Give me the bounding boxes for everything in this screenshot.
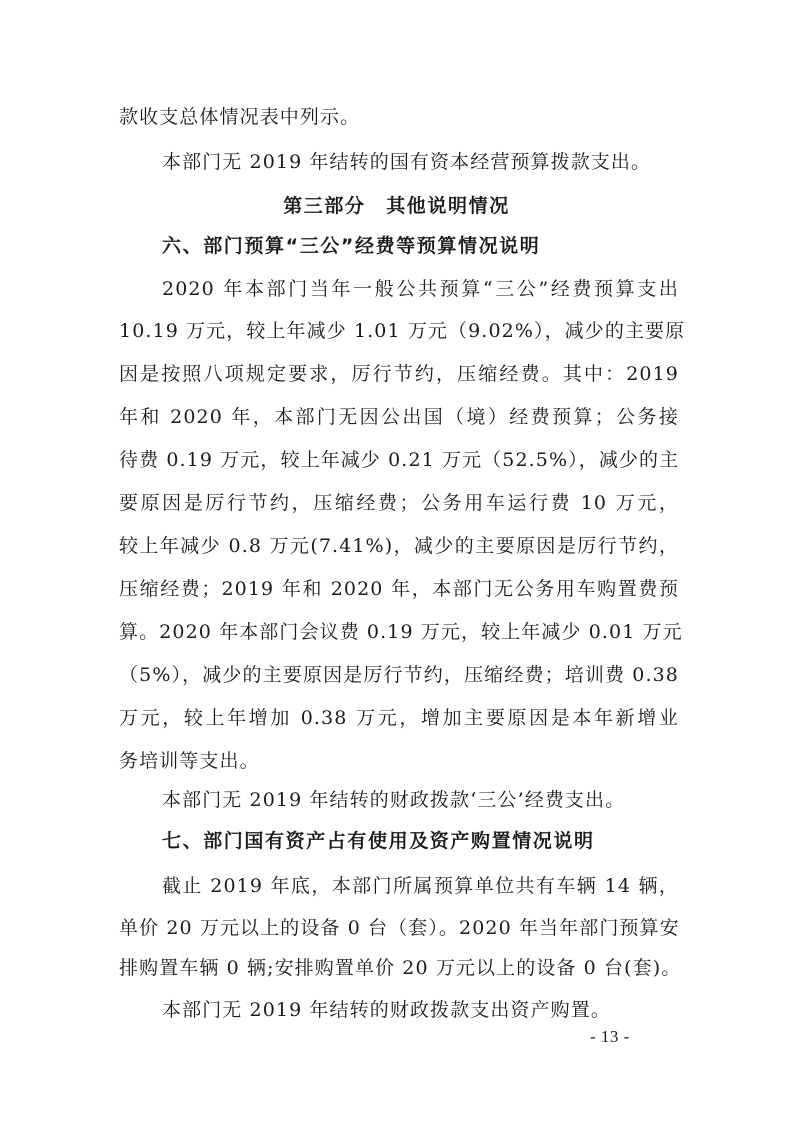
paragraph-text: 因是按照八项规定要求，厉行节约，压缩经费。其中：2019 [119, 362, 679, 386]
paragraph-text: 压缩经费；2019 年和 2020 年，本部门无公务用车购置费预 [119, 577, 679, 601]
paragraph-text: （5%），减少的主要原因是厉行节约，压缩经费；培训费 0.38 [119, 663, 679, 687]
paragraph-text: 待费 0.19 万元，较上年减少 0.21 万元（52.5%），减少的主 [119, 448, 679, 472]
paragraph-text: 务培训等支出。 [119, 749, 679, 773]
paragraph-text: 万元，较上年增加 0.38 万元，增加主要原因是本年新增业 [119, 706, 679, 730]
section-title: 第三部分 其他说明情况 [0, 194, 793, 218]
paragraph-text: 2020 年本部门当年一般公共预算“三公”经费预算支出 [162, 277, 679, 301]
paragraph-text: 截止 2019 年底，本部门所属预算单位共有车辆 14 辆， [162, 874, 679, 898]
section-heading-6: 六、部门预算“三公”经费等预算情况说明 [162, 234, 679, 258]
paragraph-text: 较上年减少 0.8 万元(7.41%)，减少的主要原因是厉行节约， [119, 534, 679, 558]
section-heading-7: 七、部门国有资产占有使用及资产购置情况说明 [162, 829, 679, 853]
page-number: - 13 - [590, 1027, 630, 1047]
paragraph-text: 单价 20 万元以上的设备 0 台（套）。2020 年当年部门预算安 [119, 916, 679, 940]
paragraph-text: 本部门无 2019 年结转的国有资本经营预算拨款支出。 [162, 150, 679, 174]
paragraph-text: 本部门无 2019 年结转的财政拨款‘三公’经费支出。 [162, 788, 679, 812]
paragraph-text: 要原因是厉行节约，压缩经费；公务用车运行费 10 万元， [119, 491, 679, 515]
paragraph-text: 排购置车辆 0 辆;安排购置单价 20 万元以上的设备 0 台(套)。 [119, 956, 679, 980]
paragraph-text: 本部门无 2019 年结转的财政拨款支出资产购置。 [162, 998, 679, 1022]
document-page: 款收支总体情况表中列示。 本部门无 2019 年结转的国有资本经营预算拨款支出。… [0, 0, 793, 1122]
paragraph-text: 算。2020 年本部门会议费 0.19 万元，较上年减少 0.01 万元 [119, 620, 679, 644]
paragraph-continuation: 款收支总体情况表中列示。 [119, 105, 679, 129]
paragraph-text: 10.19 万元，较上年减少 1.01 万元（9.02%），减少的主要原 [119, 319, 679, 343]
paragraph-text: 年和 2020 年，本部门无因公出国（境）经费预算；公务接 [119, 405, 679, 429]
